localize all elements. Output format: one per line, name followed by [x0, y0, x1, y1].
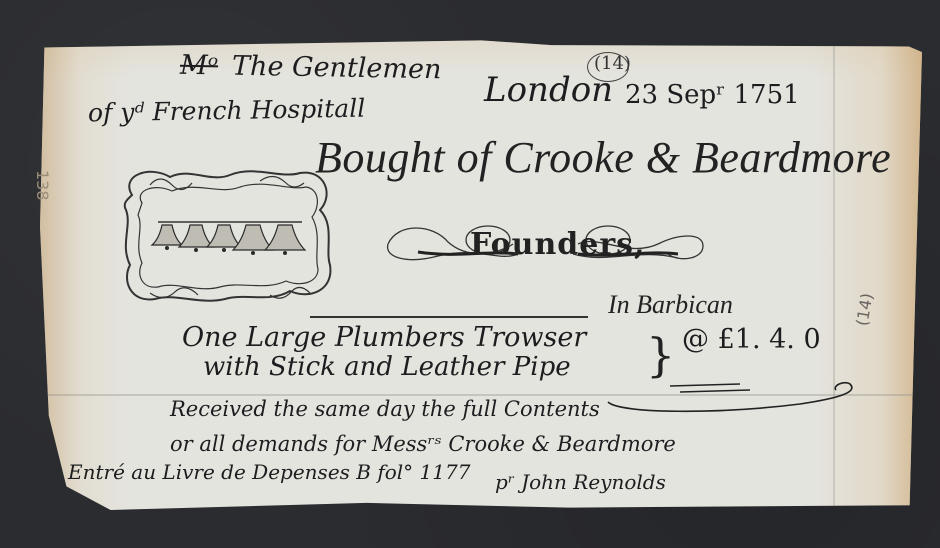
margin-mark-left: 138: [33, 170, 52, 201]
fold-line-vertical: [833, 38, 835, 510]
folio-number: (14): [594, 53, 631, 74]
price-prefix: @: [682, 324, 718, 355]
line-item-description-2: with Stick and Leather Pipe: [203, 352, 571, 382]
addressee-name: The Gentlemen: [232, 51, 442, 86]
addressee-line-1: MᵒThe Gentlemen: [180, 50, 442, 86]
letterhead-location: In Barbican: [608, 290, 733, 320]
receipt-signature: pʳ John Reynolds: [495, 470, 666, 494]
struck-salutation: Mᵒ: [180, 50, 219, 82]
date: 23 Sepʳ 1751: [625, 80, 800, 110]
line-item-description-1: One Large Plumbers Trowser: [182, 322, 586, 353]
addressee-line-2: of yᵈ French Hospitall: [88, 94, 366, 128]
letterhead-rule: [310, 316, 588, 318]
receipt-line-2: or all demands for Messʳˢ Crooke & Beard…: [170, 432, 676, 456]
receipt-line-1: Received the same day the full Contents: [170, 397, 600, 421]
line-item-price: @ £1. 4. 0: [682, 324, 821, 355]
pen-flourish-icon: [600, 380, 860, 420]
brace-icon: }: [646, 328, 675, 382]
letterhead-heading: Bought of Crooke & Beardmore: [315, 132, 891, 183]
price-value: £1. 4. 0: [718, 324, 821, 355]
bells-vignette-icon: [120, 165, 335, 305]
ledger-note: Entré au Livre de Depenses B fol° 1177: [68, 460, 470, 484]
letterhead-trade: Founders,: [470, 227, 646, 262]
